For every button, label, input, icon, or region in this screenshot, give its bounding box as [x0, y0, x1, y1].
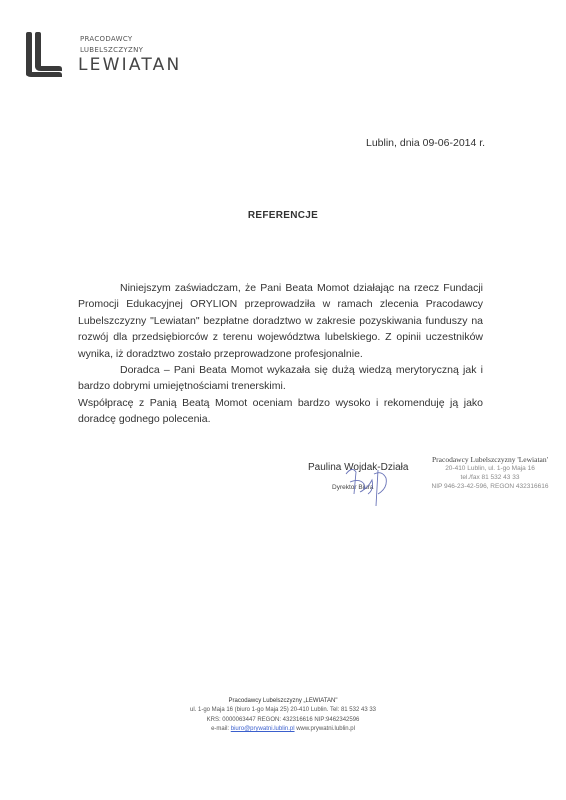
paragraph-3: Współpracę z Panią Beatą Momot oceniam b… — [78, 395, 483, 428]
company-stamp: Pracodawcy Lubelszczyzny 'Lewiatan' 20-4… — [420, 455, 560, 491]
logo-brand: LEWIATAN — [78, 55, 181, 75]
footer: Pracodawcy Lubelszczyzny „LEWIATAN" ul. … — [0, 697, 566, 734]
lewiatan-l-logo-icon — [26, 30, 62, 78]
letterhead-logo: PRACODAWCY LUBELSZCZYZNY LEWIATAN — [26, 30, 206, 80]
logo-line2: LUBELSZCZYZNY — [80, 46, 143, 54]
signature-scribble-icon — [338, 460, 398, 508]
letter-body: Niniejszym zaświadczam, że Pani Beata Mo… — [78, 280, 483, 428]
stamp-title: Pracodawcy Lubelszczyzny 'Lewiatan' — [420, 455, 560, 464]
signature-block: Paulina Wojdak-Działa Dyrektor Biura — [308, 462, 408, 473]
stamp-registry: NIP 946-23-42-596, REGON 432316616 — [420, 482, 560, 491]
paragraph-1: Niniejszym zaświadczam, że Pani Beata Mo… — [78, 280, 483, 362]
footer-address: ul. 1-go Maja 16 (biuro 1-go Maja 25) 20… — [0, 706, 566, 715]
document-title: REFERENCJE — [0, 210, 566, 221]
footer-email-label: e-mail: — [211, 726, 231, 732]
stamp-phone: tel./fax 81 532 43 33 — [420, 473, 560, 482]
stamp-address: 20-410 Lublin, ul. 1-go Maja 16 — [420, 464, 560, 473]
footer-website: www.prywatni.lublin.pl — [295, 726, 355, 732]
footer-title: Pracodawcy Lubelszczyzny „LEWIATAN" — [0, 697, 566, 706]
footer-contact: e-mail: biuro@prywatni.lublin.pl www.pry… — [0, 725, 566, 734]
paragraph-2: Doradca – Pani Beata Momot wykazała się … — [78, 362, 483, 395]
letter-date: Lublin, dnia 09-06-2014 r. — [366, 137, 485, 149]
logo-line1: PRACODAWCY — [80, 35, 133, 43]
footer-email-link[interactable]: biuro@prywatni.lublin.pl — [231, 726, 295, 732]
footer-registry: KRS: 0000063447 REGON: 432316616 NIP:946… — [0, 716, 566, 725]
